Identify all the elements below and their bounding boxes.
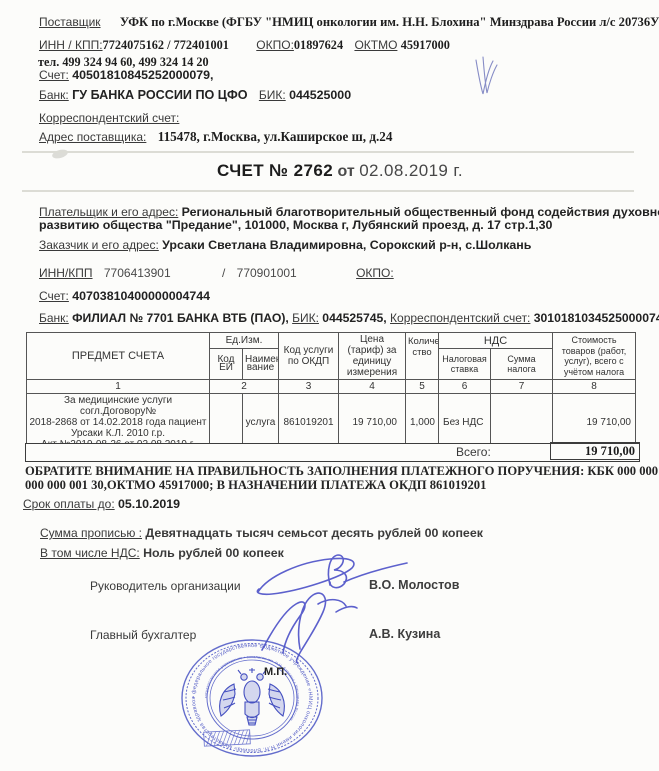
payer-value-2: развитию общества "Предание", 101000, Мо… [39,218,552,232]
supplier-name: УФК по г.Москве (ФГБУ "НМИЦ онкологии им… [120,15,659,29]
col-num-5: 5 [406,380,439,394]
subject-line-3: Урсаки К.Л. 2010 г.р. [29,428,207,439]
col-header-service-code: Код услуги по ОКДП [279,333,339,380]
total-row: Всего: 19 710,00 [25,443,640,462]
subject-line-1: За медицинские услуги согл.Договору№ [29,395,207,417]
customer-bank-value: ФИЛИАЛ № 7701 БАНКА ВТБ (ПАО), [72,311,289,325]
customer-account-label: Счет: [39,289,69,303]
col-header-unit-name: Наимено вание [243,349,279,380]
organization-stamp: • федеральное государственное бюджетное … [172,632,332,771]
col-header-unit: Ед.Изм. [210,333,279,349]
customer-name: Урсаки Светлана Владимировна, Сорокский … [162,238,531,252]
supplier-address-value: 115478, г.Москва, ул.Каширское ш, д.24 [158,129,393,144]
supplier-corr-label: Корреспондентский счет: [39,111,179,125]
customer-innkpp-label: ИНН/КПП [39,266,93,280]
total-label: Всего: [456,445,491,459]
customer-corr-label: Корреспондентский счет: [390,311,530,325]
accountant-signature-ink [255,588,365,666]
vat-words-value: Ноль рублей 00 копеек [143,546,284,560]
customer-label: Заказчик и его адрес: [39,238,159,252]
col-header-unit-code: Код ЕИ [210,349,243,380]
customer-bank-label: Банк: [39,311,69,325]
scan-smudge [51,148,69,160]
supplier-inn-line: ИНН / КПП:7724075162 / 772401001 ОКПО:01… [39,39,450,52]
accountant-signature-name: А.В. Кузина [369,627,440,641]
customer-line: Заказчик и его адрес: Урсаки Светлана Вл… [39,239,531,252]
customer-account-line: Счет: 40703810400000004744 [39,290,210,303]
col-header-qty: Количе ство [406,333,439,380]
payer-line2: развитию общества "Предание", 101000, Мо… [39,219,552,232]
head-signature-label: Руководитель организации [90,579,241,593]
invoice-date: 02.08.2019 г. [359,161,463,180]
supplier-account-label: Счет: [39,68,69,82]
customer-kpp-value: 770901001 [237,266,297,280]
supplier-inn-kpp-value: 7724075162 / 772401001 [103,38,229,52]
col-header-vat-sum: Сумма налога [491,349,553,380]
due-date-value: 05.10.2019 [118,497,180,511]
due-date-label: Срок оплаты до: [23,497,115,511]
customer-account-value: 40703810400000004744 [72,289,210,303]
items-table: ПРЕДМЕТ СЧЕТА Ед.Изм. Код услуги по ОКДП… [26,332,636,452]
supplier-oktmo-value: 45917000 [401,38,450,52]
supplier-bank-value: ГУ БАНКА РОССИИ ПО ЦФО [72,88,247,102]
col-num-6: 6 [439,380,491,394]
supplier-bank-label: Банк: [39,88,69,102]
col-num-1: 1 [27,380,210,394]
supplier-line: Поставщик УФК по г.Москве (ФГБУ "НМИЦ он… [39,16,659,29]
supplier-bik-value: 044525000 [289,88,351,102]
supplier-bank-line: Банк: ГУ БАНКА РОССИИ ПО ЦФО БИК: 044525… [39,89,351,102]
invoice-title: СЧЕТ № 2762 от 02.08.2019 г. [20,161,659,181]
notice-line2: 000 000 001 30,ОКТМО 45917000; В НАЗНАЧЕ… [25,478,486,493]
separator-rule-top [22,151,634,153]
col-num-2: 2 [210,380,279,394]
amount-words-line: Сумма прописью : Девятнадцать тысяч семь… [40,527,483,540]
stamp-place-label: М.П. [264,666,287,678]
subject-line-2: 2018-2868 от 14.02.2018 года пациент [29,417,207,428]
amount-words-label: Сумма прописью : [40,526,142,540]
invoice-number: СЧЕТ № 2762 [217,161,333,180]
customer-okpo-label: ОКПО: [356,266,394,280]
amount-words-value: Девятнадцать тысяч семьсот десять рублей… [145,526,483,540]
vat-words-line: В том числе НДС: Ноль рублей 00 копеек [40,547,284,560]
supplier-label: Поставщик [39,15,101,29]
svg-text:государственное учреждение • о: государственное учреждение • онкологии и… [204,655,300,722]
stamp-inner-text: государственное учреждение • онкологии и… [204,655,300,722]
stamp-hatch-strip [204,730,251,746]
supplier-oktmo-label: ОКТМО [354,38,397,52]
customer-inn-value: 7706413901 [104,266,171,280]
total-value: 19 710,00 [550,442,640,460]
due-date-line: Срок оплаты до: 05.10.2019 [23,498,180,511]
customer-corr-value: 30101810345250000745 [534,311,659,325]
supplier-bik-label: БИК: [259,88,286,102]
supplier-phone: тел. 499 324 94 60, 499 324 14 20 [38,55,209,69]
col-header-total: Стоимость товаров (работ, услуг), всего … [553,333,636,380]
col-header-subject: ПРЕДМЕТ СЧЕТА [27,333,210,380]
col-num-4: 4 [339,380,406,394]
pen-checkmark [470,52,510,100]
customer-bank-line: Банк: ФИЛИАЛ № 7701 БАНКА ВТБ (ПАО), БИК… [39,312,659,325]
customer-slash: / [222,266,225,280]
invoice-document: Поставщик УФК по г.Москве (ФГБУ "НМИЦ он… [0,0,659,771]
col-header-vat-rate: Налоговая ставка [439,349,491,380]
supplier-okpo-value: 01897624 [294,38,343,52]
col-num-3: 3 [279,380,339,394]
col-header-vat: НДС [439,333,553,349]
stamp-ring-text: • федеральное государственное бюджетное … [172,632,313,753]
customer-bik-label: БИК: [292,311,319,325]
separator-rule-bottom [22,190,634,192]
supplier-okpo-label: ОКПО: [256,38,294,52]
supplier-address-line: Адрес поставщика: 115478, г.Москва, ул.К… [39,130,392,144]
col-header-price: Цена (тариф) за единицу измерения [339,333,406,380]
supplier-address-label: Адрес поставщика: [39,130,146,144]
payer-value-1: Региональный благотворительный обществен… [182,205,659,219]
head-signature-name: В.О. Молостов [369,578,459,592]
supplier-inn-kpp-label: ИНН / КПП: [39,38,103,52]
customer-inn-line: ИНН/КПП 7706413901 / 770901001 ОКПО: [39,267,394,280]
supplier-account-line: Счет: 40501810845252000079, [39,69,214,82]
col-num-8: 8 [553,380,636,394]
supplier-corr-line: Корреспондентский счет: [39,112,179,125]
notice-line1: ОБРАТИТЕ ВНИМАНИЕ НА ПРАВИЛЬНОСТЬ ЗАПОЛН… [25,464,659,479]
col-num-7: 7 [491,380,553,394]
accountant-signature-label: Главный бухгалтер [90,628,196,642]
invoice-of-word: от [338,163,355,180]
payer-label: Плательщик и его адрес: [39,205,178,219]
supplier-account-value: 40501810845252000079, [72,68,213,82]
customer-bik-value: 044525745, [322,311,386,325]
vat-words-label: В том числе НДС: [40,546,140,560]
svg-text:• федеральное государственное: • федеральное государственное бюджетное … [172,632,313,753]
